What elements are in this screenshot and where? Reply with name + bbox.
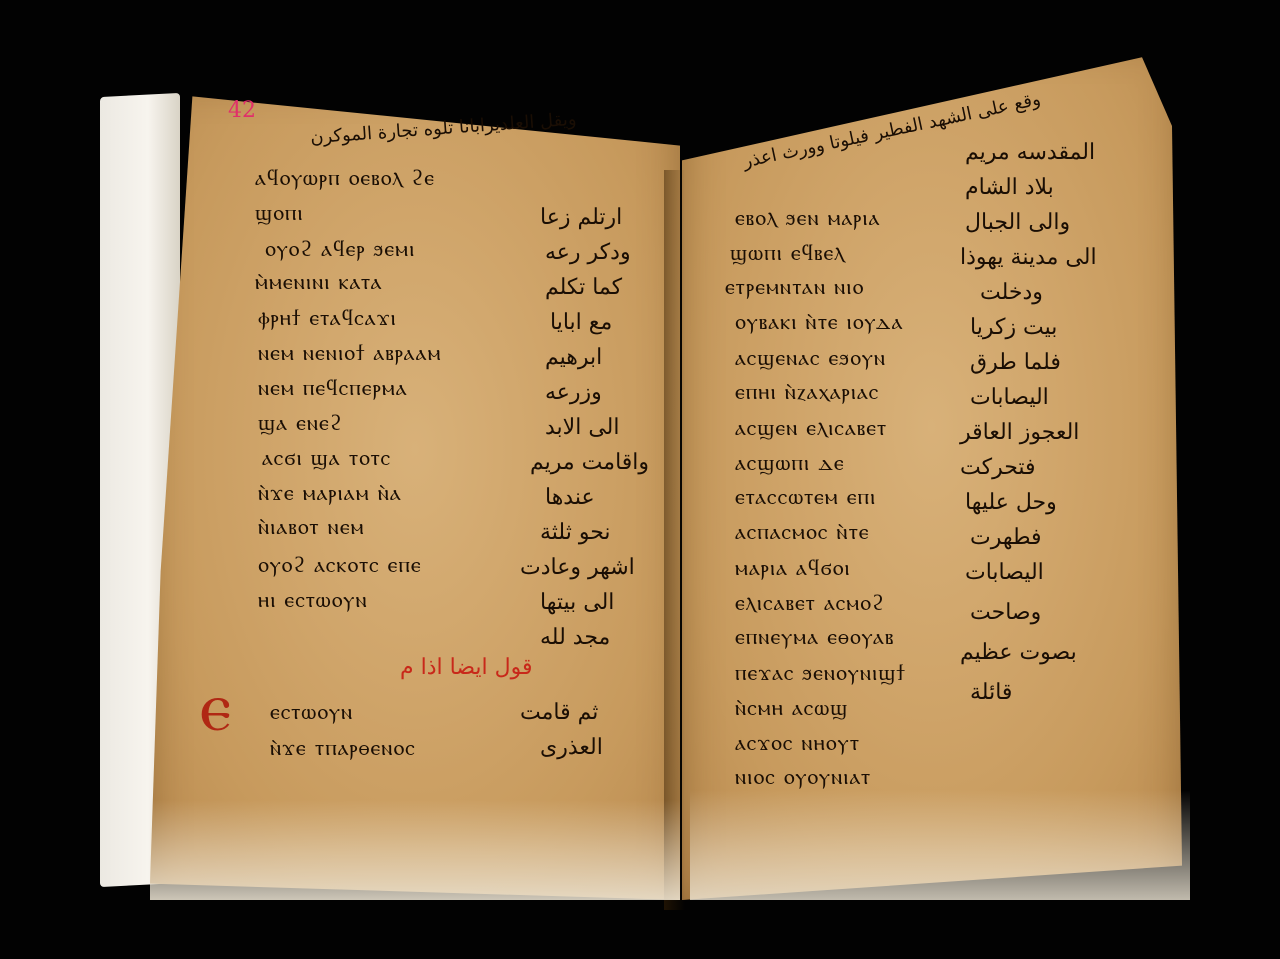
arabic-line: وحل عليها	[965, 490, 1057, 515]
arabic-line: فطهرت	[970, 525, 1042, 550]
coptic-line: ⲁⲥϣⲉⲛⲁⲥ ⲉϧⲟⲩⲛ	[735, 345, 886, 371]
arabic-line: مجد لله	[540, 625, 610, 650]
coptic-line: ⲛ̀ϫⲉ ⲧⲡⲁⲣⲑⲉⲛⲟⲥ	[270, 735, 416, 761]
arabic-line: نحو ثلثة	[540, 520, 611, 545]
arabic-line: العجوز العاقر	[960, 420, 1079, 445]
coptic-line: ⲏⲓ ⲉⲥⲧⲱⲟⲩⲛ	[258, 588, 368, 613]
coptic-line: ⲟⲩⲟϩ ⲁϥⲉⲣ ϧⲉⲙⲓ	[265, 236, 415, 262]
arabic-line: وصاحت	[970, 600, 1041, 625]
coptic-line: ⲁⲥϭⲓ ϣⲁ ⲧⲟⲧⲥ	[262, 445, 391, 471]
arabic-line: ودكر رعه	[545, 240, 631, 265]
coptic-line: ⲉⲧⲣⲉⲙⲛⲧⲁⲛ ⲛⲓⲟ	[725, 275, 864, 300]
coptic-line: ϣⲟⲡⲓ	[255, 200, 304, 226]
arabic-line: كما تكلم	[545, 275, 622, 300]
arabic-line: بلاد الشام	[965, 175, 1054, 200]
coptic-line: ⲟⲩⲃⲁⲕⲓ ⲛ̀ⲧⲉ ⲓⲟⲩⲇⲁ	[735, 310, 904, 335]
coptic-line: ⲛ̀ⲓⲁⲃⲟⲧ ⲛⲉⲙ	[258, 515, 365, 540]
coptic-line: ⲙ̀ⲙⲉⲛⲓⲛⲓ ⲕⲁⲧⲁ	[255, 270, 383, 295]
coptic-line: ⲉⲡⲛⲉⲩⲙⲁ ⲉⲑⲟⲩⲁⲃ	[735, 625, 894, 650]
arabic-line: اشهر وعادت	[520, 555, 635, 580]
coptic-line: ⲉⲡⲏⲓ ⲛ̀ⲍⲁⲭⲁⲣⲓⲁⲥ	[735, 380, 879, 405]
coptic-line: ⲛ̀ⲥⲙⲏ ⲁⲥⲱϣ	[735, 695, 848, 721]
arabic-line: مع ابايا	[550, 310, 612, 335]
coptic-line: ⲟⲩⲟϩ ⲁⲥⲕⲟⲧⲥ ⲉⲡⲉ	[258, 552, 422, 578]
coptic-line: ⲁⲥϫⲟⲥ ⲛⲏⲟⲩⲧ	[735, 730, 860, 756]
rubric-heading: قول ايضا اذا م	[400, 655, 533, 680]
arabic-line: ثم قامت	[520, 700, 598, 725]
arabic-line: فلما طرق	[970, 350, 1061, 375]
coptic-line: ⲉⲗⲓⲥⲁⲃⲉⲧ ⲁⲥⲙⲟϩ	[735, 590, 885, 616]
arabic-line: الى بيتها	[540, 590, 614, 615]
left-page-worn-edge	[150, 800, 680, 900]
coptic-line: ⲉⲧⲁⲥⲥⲱⲧⲉⲙ ⲉⲡⲓ	[735, 485, 876, 510]
left-page	[150, 80, 680, 900]
arabic-line: واقامت مريم	[530, 450, 649, 475]
photo-scene: 42 ويقل العلديرابانا تلوه تجارة الموكرن …	[0, 0, 1280, 959]
coptic-line: ⲁⲥϣⲉⲛ ⲉⲗⲓⲥⲁⲃⲉⲧ	[735, 415, 887, 441]
illuminated-initial: ⲉ	[200, 665, 231, 748]
coptic-line: ⲉⲥⲧⲱⲟⲩⲛ	[270, 700, 353, 725]
coptic-line: ⲁϥⲟⲩⲱⲣⲡ ⲟⲉⲃⲟⲗ ϩⲉ	[255, 165, 435, 191]
arabic-line: ابرهيم	[545, 345, 602, 370]
coptic-line: ⲛⲓⲟⲥ ⲟⲩⲟⲩⲛⲓⲁⲧ	[735, 765, 871, 790]
arabic-line: وزرعه	[545, 380, 602, 405]
arabic-line: المقدسه مريم	[965, 140, 1095, 165]
arabic-line: والى الجبال	[965, 210, 1070, 235]
arabic-line: الى مدينة يهوذا	[960, 245, 1097, 270]
arabic-line: عندها	[545, 485, 595, 510]
coptic-line: ⲁⲥϣⲱⲡⲓ ⲇⲉ	[735, 450, 845, 476]
arabic-line: ودخلت	[980, 280, 1043, 305]
arabic-line: الى الابد	[545, 415, 619, 440]
arabic-line: بصوت عظيم	[960, 640, 1077, 665]
coptic-line: ⲫⲣⲏϯ ⲉⲧⲁϥⲥⲁϫⲓ	[258, 305, 397, 331]
arabic-line: فتحركت	[960, 455, 1036, 480]
coptic-line: ⲛ̀ϫⲉ ⲙⲁⲣⲓⲁⲙ ⲛ̀ⲁ	[258, 480, 402, 506]
coptic-line: ⲡⲉϫⲁⲥ ϧⲉⲛⲟⲩⲛⲓϣϯ	[735, 660, 906, 686]
arabic-line: بيت زكريا	[970, 315, 1057, 340]
initial-letter: ⲉ	[200, 665, 231, 747]
arabic-line: العذرى	[540, 735, 603, 760]
right-page-worn-edge	[690, 790, 1190, 900]
arabic-line: ارتلم زعا	[540, 205, 622, 230]
folio-number: 42	[228, 98, 256, 123]
coptic-line: ⲙⲁⲣⲓⲁ ⲁϥϭⲟⲓ	[735, 555, 851, 581]
coptic-line: ⲁⲥⲡⲁⲥⲙⲟⲥ ⲛ̀ⲧⲉ	[735, 520, 870, 545]
coptic-line: ⲛⲉⲙ ⲡⲉϥⲥⲡⲉⲣⲙⲁ	[258, 375, 408, 401]
coptic-line: ϣⲁ ⲉⲛⲉϩ	[258, 410, 343, 436]
arabic-line: اليصابات	[965, 560, 1044, 585]
arabic-line: قائلة	[970, 680, 1012, 705]
coptic-line: ⲉⲃⲟⲗ ϧⲉⲛ ⲙⲁⲣⲓⲁ	[735, 205, 881, 231]
coptic-line: ϣⲱⲡⲓ ⲉϥⲃⲉⲗ	[730, 240, 845, 266]
arabic-line: اليصابات	[970, 385, 1049, 410]
coptic-line: ⲛⲉⲙ ⲛⲉⲛⲓⲟϯ ⲁⲃⲣⲁⲁⲙ	[258, 340, 442, 366]
